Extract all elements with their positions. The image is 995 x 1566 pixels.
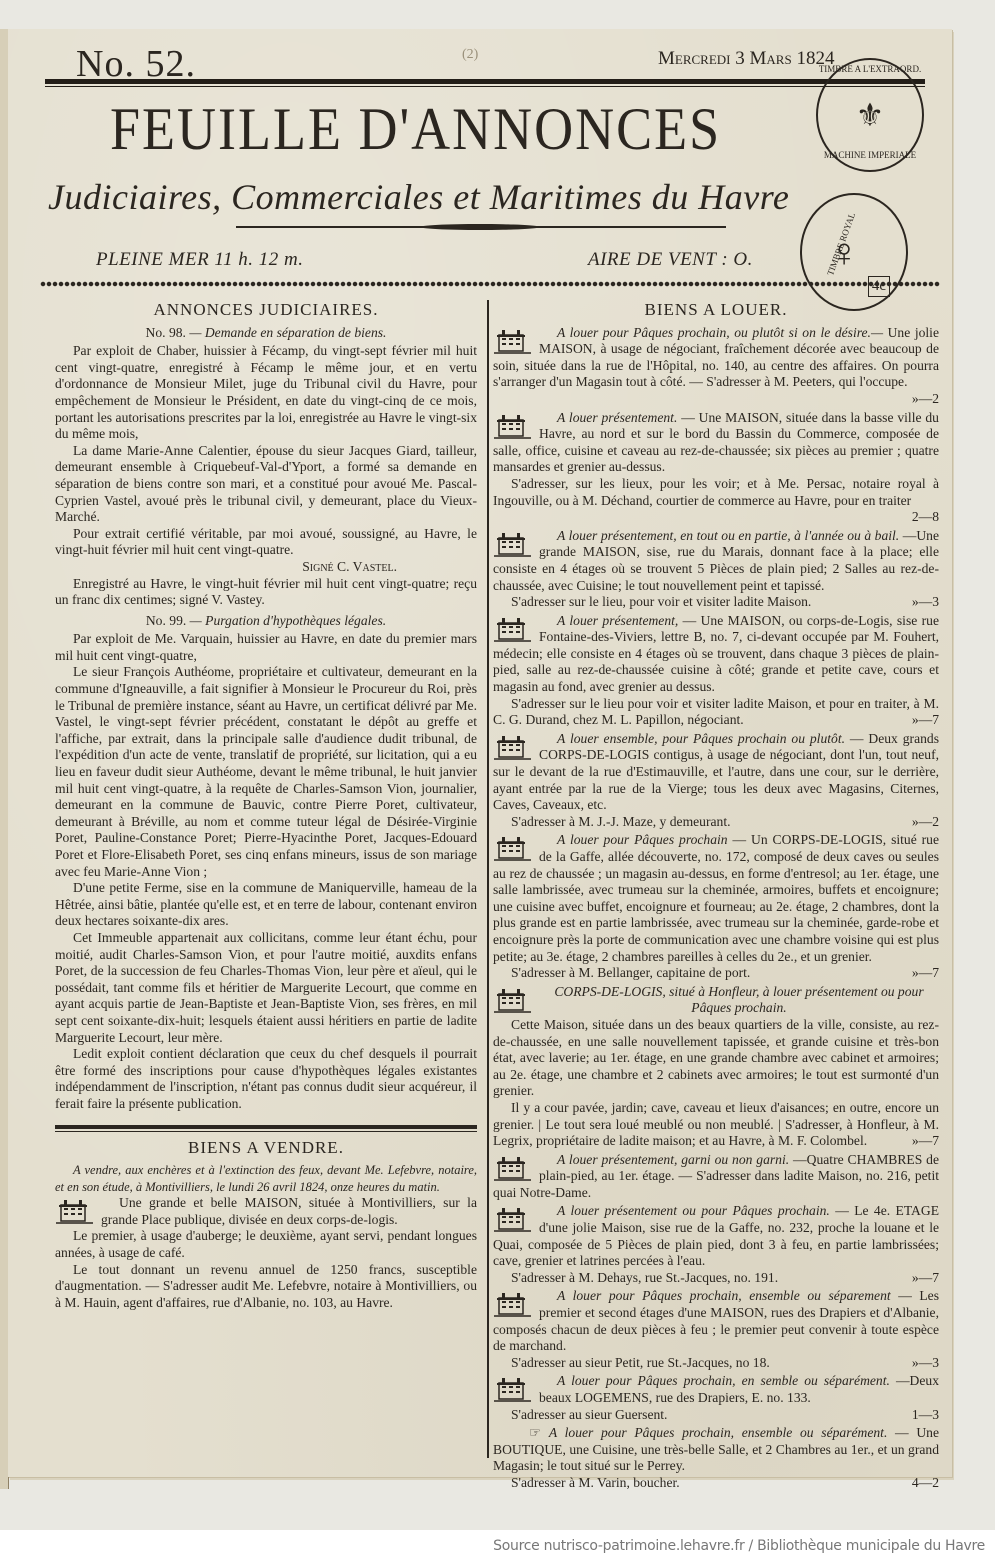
ad-body: — Un CORPS-DE-LOGIS, situé rue de la Gaf… <box>493 832 939 963</box>
subtitle-rule-swell <box>420 224 540 230</box>
ad-contact: S'adresser à M. Varin, boucher. <box>511 1475 680 1490</box>
notice-99-para-1: Par exploit de Me. Varquain, huissier au… <box>55 631 477 664</box>
ad-contact: S'adresser sur le lieu, pour voir et vis… <box>511 594 811 609</box>
stamp-top-bottom-label: MACHINE IMPERIALE <box>824 150 916 160</box>
notice-99-para-4: Cet Immeuble appartenait aux collicitans… <box>55 930 477 1046</box>
ad-lead: A louer présentement ou pour Pâques proc… <box>557 1203 830 1218</box>
ad-contact: Il y a cour pavée, jardin; cave, caveau … <box>493 1100 939 1148</box>
tax-stamp-royal: ♀ TIMBRE ROYAL 4c <box>800 193 908 311</box>
rental-ad-4: A louer présentement, — Une MAISON, ou c… <box>493 613 939 729</box>
house-icon <box>493 733 533 763</box>
rental-ad-12: ☞ A louer pour Pâques prochain, ensemble… <box>493 1425 939 1491</box>
ad-reference: 1—3 <box>894 1407 939 1424</box>
notice-99-para-5: Ledit exploit contient déclaration que c… <box>55 1046 477 1112</box>
sale-para-2: Le premier, à usage d'auberge; le deuxiè… <box>55 1228 477 1261</box>
section-separator-thin <box>55 1131 477 1132</box>
ad-reference: »—2 <box>894 391 939 408</box>
fleur-de-lis-icon: ⚜ <box>856 96 885 134</box>
column-divider <box>487 300 489 1458</box>
notice-99-title: — Purgation d'hypothèques légales. <box>190 613 386 628</box>
ad-reference: 2—8 <box>894 509 939 526</box>
ad-lead: A louer pour Pâques prochain <box>557 832 728 847</box>
ad-lead: A louer pour Pâques prochain, en semble … <box>557 1373 890 1388</box>
notice-99-para-3: D'une petite Ferme, sise en la commune d… <box>55 880 477 930</box>
rental-ad-1: A louer pour Pâques prochain, ou plutôt … <box>493 325 939 408</box>
house-icon <box>493 615 533 645</box>
house-icon <box>493 1154 533 1184</box>
notice-98-para-2: La dame Marie-Anne Calentier, épouse du … <box>55 443 477 526</box>
ad-reference: »—3 <box>894 1355 939 1372</box>
high-tide-info: PLEINE MER 11 h. 12 m. <box>96 249 304 271</box>
ad-reference: »—7 <box>894 712 939 729</box>
notice-99-number: No. 99. <box>146 613 186 628</box>
ad-lead: A louer présentement, <box>557 613 678 628</box>
section-separator <box>55 1125 477 1129</box>
rental-ad-9: A louer présentement ou pour Pâques proc… <box>493 1203 939 1286</box>
notice-98-heading: No. 98. — Demande en séparation de biens… <box>55 325 477 342</box>
stamp-value: 4c <box>868 276 890 297</box>
house-icon <box>493 530 533 560</box>
rental-ad-7: CORPS-DE-LOGIS, situé à Honfleur, à loue… <box>493 984 939 1150</box>
ad-lead: A louer ensemble, pour Pâques prochain o… <box>557 731 845 746</box>
ad-lead: A louer pour Pâques prochain, ou plutôt … <box>557 325 883 340</box>
notice-98-para-1: Par exploit de Chaber, huissier à Fécamp… <box>55 343 477 443</box>
house-icon <box>493 1290 533 1320</box>
house-icon <box>493 327 533 357</box>
masthead-subtitle: Judiciaires, Commerciales et Maritimes d… <box>48 176 789 218</box>
ad-lead: A louer présentement. <box>557 410 677 425</box>
ad-reference: »—2 <box>894 814 939 831</box>
ad-contact: S'adresser, sur les lieux, pour les voir… <box>493 476 939 508</box>
ad-body: Cette Maison, située dans un des beaux q… <box>493 1017 939 1100</box>
ad-contact: S'adresser à M. J.-J. Maze, y demeurant. <box>511 814 731 829</box>
right-column: BIENS A LOUER. A louer pour Pâques proch… <box>493 298 939 1494</box>
pointing-hand-icon: ☞ <box>511 1425 541 1442</box>
section-title-for-sale: BIENS A VENDRE. <box>55 1140 477 1157</box>
wind-direction-info: AIRE DE VENT : O. <box>588 249 753 271</box>
notice-99-heading: No. 99. — Purgation d'hypothèques légale… <box>55 613 477 630</box>
sale-ad: Une grande et belle MAISON, située à Mon… <box>55 1195 477 1311</box>
rental-ad-6: A louer pour Pâques prochain — Un CORPS-… <box>493 832 939 981</box>
ad-contact: S'adresser à M. Bellanger, capitaine de … <box>511 965 750 980</box>
page-marker: (2) <box>462 47 478 63</box>
ad-contact: S'adresser à M. Dehays, rue St.-Jacques,… <box>511 1270 778 1285</box>
rental-ad-11: A louer pour Pâques prochain, en semble … <box>493 1373 939 1423</box>
ad-lead: A louer pour Pâques prochain, ensemble o… <box>557 1288 891 1303</box>
ad-contact: S'adresser sur le lieu pour voir et visi… <box>493 696 939 728</box>
ad-lead: A louer présentement, en tout ou en part… <box>557 528 899 543</box>
ad-lead: A louer pour Pâques prochain, ensemble o… <box>549 1425 887 1440</box>
notice-98-title: — Demande en séparation de biens. <box>189 325 386 340</box>
house-icon <box>493 412 533 442</box>
issue-date: Mercredi 3 Mars 1824 <box>658 48 834 70</box>
tax-stamp-extraordinary: ⚜ TIMBRE A L'EXTRAORD. MACHINE IMPERIALE <box>816 58 924 172</box>
notice-98-para-3: Pour extrait certifié véritable, par moi… <box>55 526 477 559</box>
ad-lead: CORPS-DE-LOGIS, situé à Honfleur, à loue… <box>493 984 939 1017</box>
section-title-judicial: ANNONCES JUDICIAIRES. <box>55 302 477 319</box>
ornamental-border <box>40 280 940 288</box>
notice-98-number: No. 98. <box>146 325 186 340</box>
ad-reference: »—3 <box>894 594 939 611</box>
ad-reference: »—7 <box>894 965 939 982</box>
ad-reference: »—7 <box>894 1133 939 1150</box>
notice-98-registration: Enregistré au Havre, le vingt-huit févri… <box>55 576 477 609</box>
ad-reference: »—7 <box>894 1270 939 1287</box>
rental-ad-2: A louer présentement. — Une MAISON, situ… <box>493 410 939 526</box>
notice-98-signature: Signé C. Vastel. <box>55 559 477 576</box>
header-rule <box>45 79 925 84</box>
sale-lead: A vendre, aux enchères et à l'extinction… <box>55 1162 477 1195</box>
rental-ad-8: A louer présentement, garni ou non garni… <box>493 1152 939 1202</box>
ad-reference: 4—2 <box>894 1475 939 1492</box>
house-icon <box>55 1197 95 1227</box>
rental-ad-3: A louer présentement, en tout ou en part… <box>493 528 939 611</box>
rental-ad-5: A louer ensemble, pour Pâques prochain o… <box>493 731 939 831</box>
masthead-title: FEUILLE D'ANNONCES <box>110 94 721 163</box>
section-title-for-rent: BIENS A LOUER. <box>493 302 939 319</box>
ad-contact: S'adresser au sieur Guersent. <box>511 1407 667 1422</box>
stamp-top-label: TIMBRE A L'EXTRAORD. <box>819 64 921 74</box>
header-rule-thin <box>45 86 925 87</box>
house-icon <box>493 1205 533 1235</box>
rental-ad-10: A louer pour Pâques prochain, ensemble o… <box>493 1288 939 1371</box>
house-icon <box>493 986 533 1016</box>
ad-lead: A louer présentement, garni ou non garni… <box>557 1152 789 1167</box>
notice-99-para-2: Le sieur François Authéome, propriétaire… <box>55 664 477 880</box>
ad-contact: S'adresser au sieur Petit, rue St.-Jacqu… <box>511 1355 770 1370</box>
sale-para-1: Une grande et belle MAISON, située à Mon… <box>55 1195 477 1228</box>
house-icon <box>493 1375 533 1405</box>
source-caption: Source nutrisco-patrimoine.lehavre.fr / … <box>493 1538 985 1554</box>
sale-para-3: Le tout donnant un revenu annuel de 1250… <box>55 1262 477 1312</box>
house-icon <box>493 834 533 864</box>
left-column: ANNONCES JUDICIAIRES. No. 98. — Demande … <box>55 298 477 1313</box>
